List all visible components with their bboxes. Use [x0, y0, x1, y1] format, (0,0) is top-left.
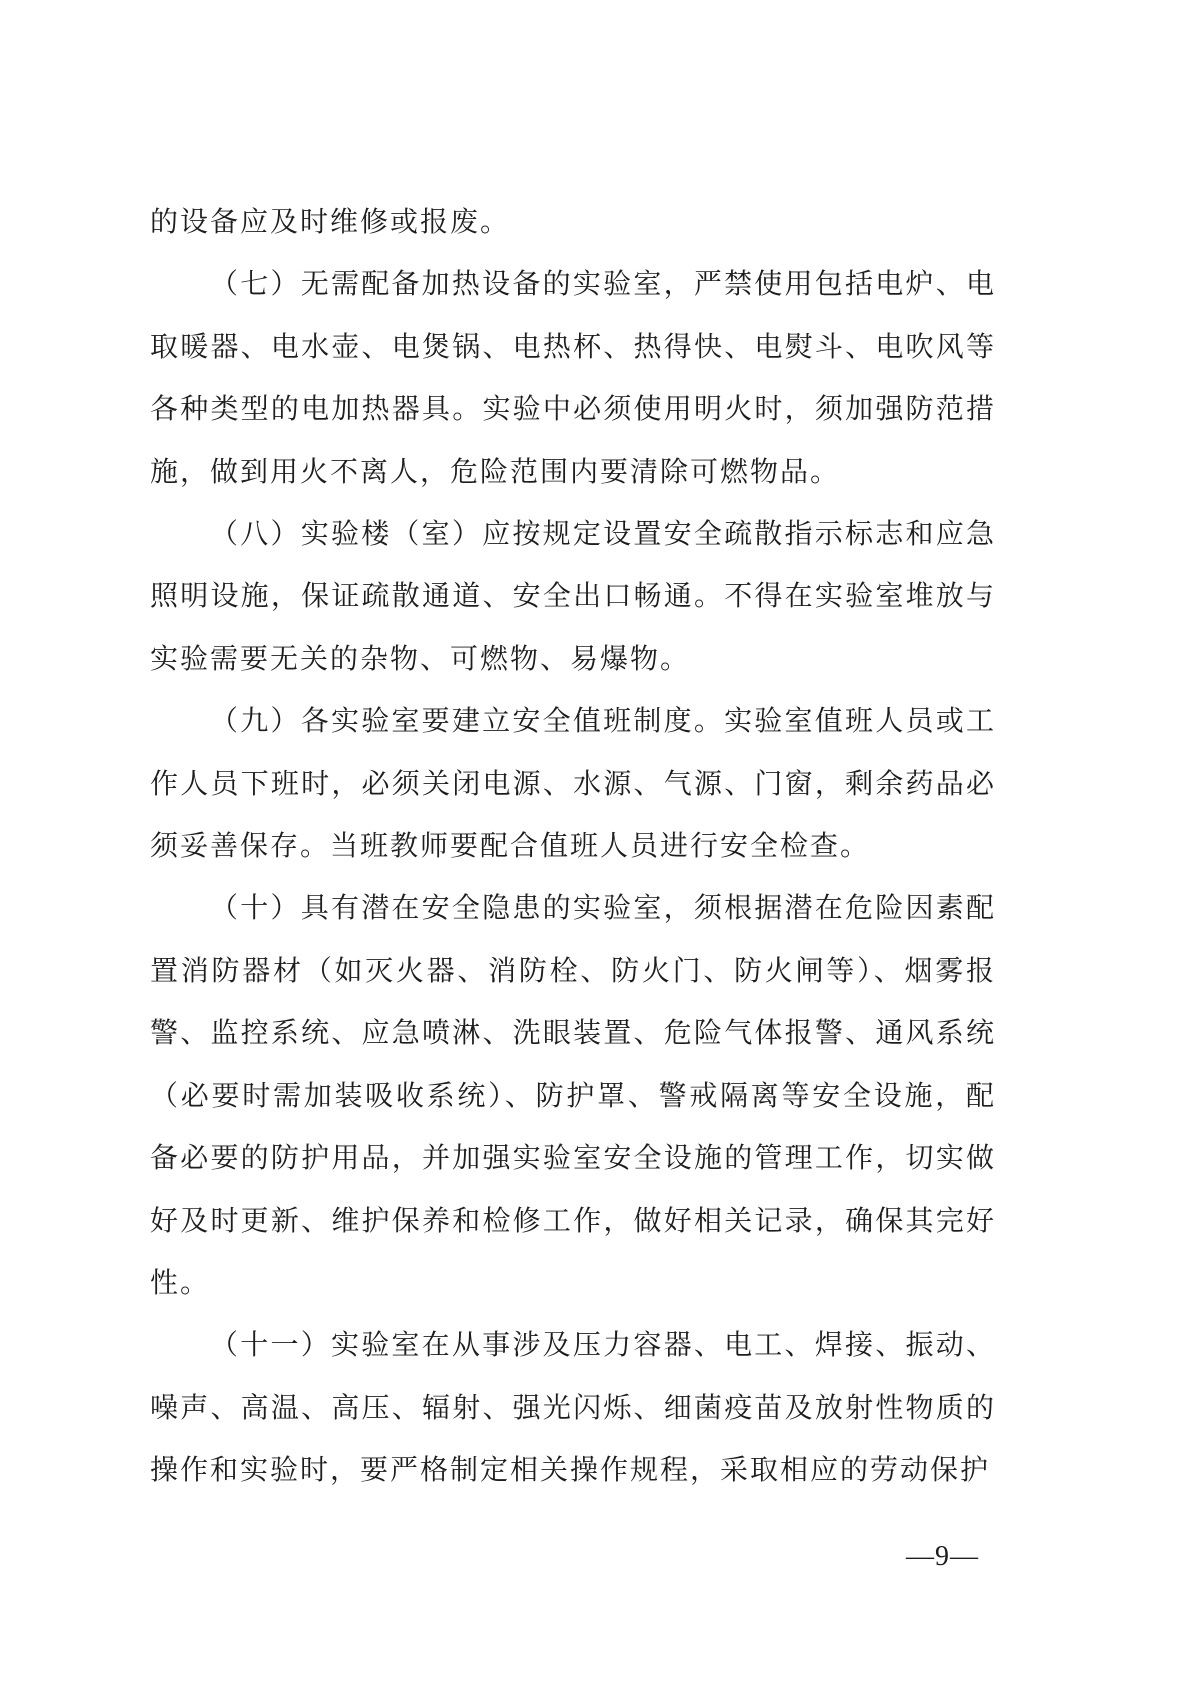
- paragraph-item-9: （九）各实验室要建立安全值班制度。实验室值班人员或工作人员下班时，必须关闭电源、…: [150, 691, 996, 878]
- page-number: —9—: [906, 1541, 979, 1573]
- document-body-text: 的设备应及时维修或报废。 （七）无需配备加热设备的实验室，严禁使用包括电炉、电取…: [150, 192, 996, 1503]
- paragraph-item-11: （十一）实验室在从事涉及压力容器、电工、焊接、振动、噪声、高温、高压、辐射、强光…: [150, 1315, 996, 1502]
- paragraph-item-7: （七）无需配备加热设备的实验室，严禁使用包括电炉、电取暖器、电水壶、电煲锅、电热…: [150, 254, 996, 504]
- paragraph-continuation: 的设备应及时维修或报废。: [150, 192, 996, 254]
- paragraph-item-10: （十）具有潜在安全隐患的实验室，须根据潜在危险因素配置消防器材（如灭火器、消防栓…: [150, 878, 996, 1315]
- paragraph-item-8: （八）实验楼（室）应按规定设置安全疏散指示标志和应急照明设施，保证疏散通道、安全…: [150, 504, 996, 691]
- document-page: 的设备应及时维修或报废。 （七）无需配备加热设备的实验室，严禁使用包括电炉、电取…: [0, 0, 1191, 1684]
